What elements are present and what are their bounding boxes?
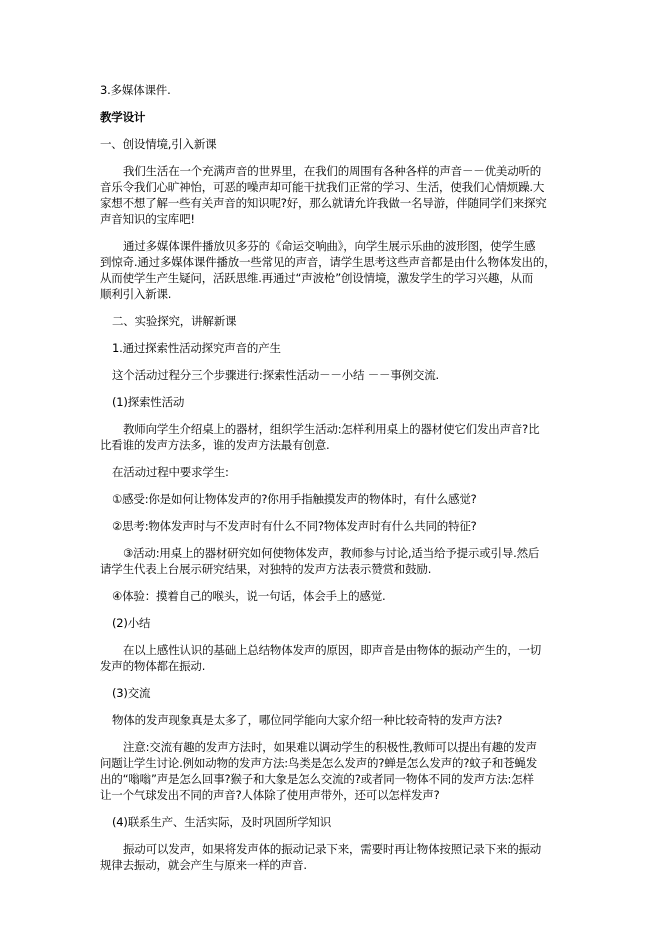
section-heading-1: 一、创设情境,引入新课 [100, 136, 560, 152]
requirement-think: ②思考:物体发声时与不发声时有什么不同?物体发声时有什么共同的特征? [100, 518, 560, 534]
note-paragraph: 注意:交流有趣的发声方法时，如果难以调动学生的积极性,教师可以提出有趣的发声 问… [100, 739, 560, 803]
text-line: 家想不想了解一些有关声音的知识呢?好，那么就请允许我做一名导游，伴随同学们来探究 [100, 195, 560, 211]
step-1-heading: (1)探索性活动 [100, 394, 560, 410]
intro-paragraph: 我们生活在一个充满声音的世界里，在我们的周围有各种各样的声音－－优美动听的 音乐… [100, 163, 560, 227]
requirement-activity: ③活动:用桌上的器材研究如何使物体发声，教师参与讨论,适当给予提示或引导.然后 … [100, 545, 560, 577]
section-text: 一、创设情境,引入新课 [100, 136, 560, 152]
text-line: 振动可以发声，如果将发声体的振动记录下来，需要时再让物体按照记录下来的振动 [100, 841, 560, 857]
equipment-paragraph: 教师向学生介绍桌上的器材，组织学生活动:怎样利用桌上的器材使它们发出声音?比 比… [100, 421, 560, 453]
vibration-paragraph: 振动可以发声，如果将发声体的振动记录下来，需要时再让物体按照记录下来的振动 规律… [100, 841, 560, 873]
text-line: (3)交流 [112, 685, 560, 701]
document-page: 3.多媒体课件. 教学设计 一、创设情境,引入新课 我们生活在一个充满声音的世界… [100, 82, 560, 884]
text-line: 声音知识的宝库吧! [100, 211, 560, 227]
requirement-feel: ①感受:你是如何让物体发声的?你用手指触摸发声的物体时，有什么感觉? [100, 491, 560, 507]
section-text: 二、实验探究，讲解新课 [112, 313, 560, 329]
multimedia-paragraph: 通过多媒体课件播放贝多芬的《命运交响曲》，向学生展示乐曲的波形图，使学生感 到惊… [100, 238, 560, 302]
text-line: (1)探索性活动 [112, 394, 560, 410]
text-line: 通过多媒体课件播放贝多芬的《命运交响曲》，向学生展示乐曲的波形图，使学生感 [100, 238, 560, 254]
text-line: ③活动:用桌上的器材研究如何使物体发声，教师参与讨论,适当给予提示或引导.然后 [100, 545, 560, 561]
text-line: 我们生活在一个充满声音的世界里，在我们的周围有各种各样的声音－－优美动听的 [100, 163, 560, 179]
text-line: 从而使学生产生疑问，活跃思维.再通过“声波枪”创设情境，激发学生的学习兴趣，从而 [100, 270, 560, 286]
text-line: ①感受:你是如何让物体发声的?你用手指触摸发声的物体时，有什么感觉? [112, 491, 560, 507]
text-line: 请学生代表上台展示研究结果，对独特的发声方法表示赞赏和鼓励. [100, 561, 560, 577]
requirements-intro: 在活动过程中要求学生: [100, 464, 560, 480]
text-line: ④体验：摸着自己的喉头，说一句话，体会手上的感觉. [112, 588, 560, 604]
text-line: 让一个气球发出不同的声音?人体除了使用声带外，还可以怎样发声? [100, 787, 560, 803]
step-3-heading: (3)交流 [100, 685, 560, 701]
text-line: 物体的发声现象真是太多了，哪位同学能向大家介绍一种比较奇特的发声方法? [112, 712, 560, 728]
text-line: 出的“嗡嗡”声是怎么回事?猴子和大象是怎么交流的?或者同一物体不同的发声方法:怎… [100, 771, 560, 787]
materials-item-3: 3.多媒体课件. [100, 82, 560, 98]
text-line: 3.多媒体课件. [100, 82, 560, 98]
text-line: 注意:交流有趣的发声方法时，如果难以调动学生的积极性,教师可以提出有趣的发声 [100, 739, 560, 755]
heading-text: 教学设计 [100, 109, 560, 125]
text-line: 比看谁的发声方法多，谁的发声方法最有创意. [100, 437, 560, 453]
text-line: 在活动过程中要求学生: [112, 464, 560, 480]
subsection-text: 1.通过探索性活动探究声音的产生 [112, 340, 560, 356]
steps-overview: 这个活动过程分三个步骤进行:探索性活动－－小结 －－事例交流. [100, 367, 560, 383]
text-line: (2)小结 [112, 615, 560, 631]
text-line: (4)联系生产、生活实际，及时巩固所学知识 [112, 814, 560, 830]
heading-teaching-design: 教学设计 [100, 109, 560, 125]
text-line: ②思考:物体发声时与不发声时有什么不同?物体发声时有什么共同的特征? [112, 518, 560, 534]
summary-paragraph: 在以上感性认识的基础上总结物体发声的原因，即声音是由物体的振动产生的，一切 发声… [100, 642, 560, 674]
text-line: 顺利引入新课. [100, 286, 560, 302]
step-4-heading: (4)联系生产、生活实际，及时巩固所学知识 [100, 814, 560, 830]
exchange-question: 物体的发声现象真是太多了，哪位同学能向大家介绍一种比较奇特的发声方法? [100, 712, 560, 728]
text-line: 问题让学生讨论.例如动物的发声方法:鸟类是怎么发声的?蝉是怎么发声的?蚊子和苍蝇… [100, 755, 560, 771]
requirement-experience: ④体验：摸着自己的喉头，说一句话，体会手上的感觉. [100, 588, 560, 604]
step-2-heading: (2)小结 [100, 615, 560, 631]
text-line: 在以上感性认识的基础上总结物体发声的原因，即声音是由物体的振动产生的，一切 [100, 642, 560, 658]
text-line: 这个活动过程分三个步骤进行:探索性活动－－小结 －－事例交流. [112, 367, 560, 383]
text-line: 规律去振动，就会产生与原来一样的声音. [100, 857, 560, 873]
section-heading-2: 二、实验探究，讲解新课 [100, 313, 560, 329]
text-line: 教师向学生介绍桌上的器材，组织学生活动:怎样利用桌上的器材使它们发出声音?比 [100, 421, 560, 437]
text-line: 发声的物体都在振动. [100, 658, 560, 674]
subsection-heading-1: 1.通过探索性活动探究声音的产生 [100, 340, 560, 356]
text-line: 到惊奇.通过多媒体课件播放一些常见的声音，请学生思考这些声音都是由什么物体发出的… [100, 254, 560, 270]
text-line: 音乐令我们心旷神怡，可恶的噪声却可能干扰我们正常的学习、生活，使我们心情烦躁.大 [100, 179, 560, 195]
